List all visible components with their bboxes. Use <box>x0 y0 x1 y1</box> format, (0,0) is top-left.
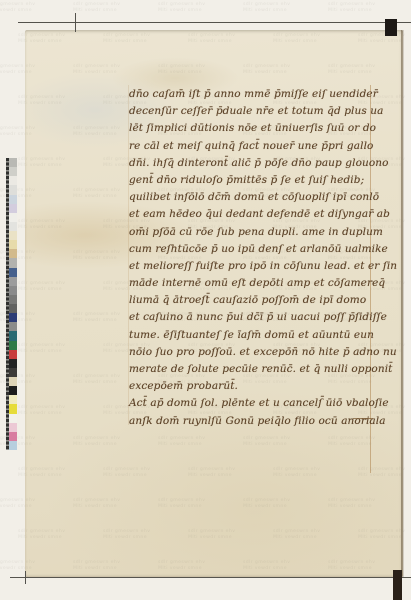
watermark-stamp: sdlr gmeswrn ehvMlti vewdr smne <box>158 2 220 13</box>
manuscript-line: māde internē omū eſt depōti amp et cōſam… <box>129 275 381 292</box>
manuscript-line: decenſūr ceſſer̄ p̄duale nr̄e et totum q… <box>129 103 381 120</box>
page-edge-shadow <box>401 30 404 577</box>
manuscript-line: et eam hēdeo q̄ui dedant defendē et diſy… <box>129 206 381 223</box>
color-calibration-bar <box>6 158 17 450</box>
color-patch <box>9 204 17 213</box>
color-patch <box>9 313 17 322</box>
color-patch <box>9 258 17 267</box>
color-patch <box>9 341 17 350</box>
manuscript-line: cum reſhtūcōe p̄ uo ipū denſ et arlanōū … <box>129 241 381 258</box>
color-patch <box>9 295 17 304</box>
manuscript-line: excepōem̄ probarūt̄. <box>129 378 381 395</box>
page-edge-dark-tab-bottom-right <box>393 570 402 600</box>
manuscript-line: quilibet inſōlō dc̄m̄ domū et cōſuopliſ … <box>129 189 381 206</box>
manuscript-line: anſk dom̄ ruynlſū Gonū peiq̄lo filio ocū… <box>129 413 381 430</box>
color-patch <box>9 176 17 185</box>
manuscript-line: Act̄ ap̄ domū ſol. plēnte et u cancelſ̄ … <box>129 395 381 412</box>
color-patch <box>9 158 17 167</box>
color-patch <box>9 414 17 423</box>
registration-tick-bottom <box>25 571 26 584</box>
manuscript-line: gent̄ dn̄o riduloſo p̄mittēs p̄ ſe et ſu… <box>129 172 381 189</box>
color-patch <box>9 222 17 231</box>
color-patch <box>9 441 17 450</box>
manuscript-line: et caſuino ā nunc p̄ui dc̄ī p̄ ui uacui … <box>129 309 381 326</box>
manuscript-line: re cāl et meiſ quinq̄ fact̄ nouer̄ une p… <box>129 138 381 155</box>
scanned-folio: sdlr gmeswrn ehvMlti vewdr smnesdlr gmes… <box>0 0 411 600</box>
calibration-patches <box>9 158 17 450</box>
watermark-stamp: sdlr gmeswrn ehvMlti vewdr smne <box>0 2 50 13</box>
color-patch <box>9 350 17 359</box>
color-patch <box>9 395 17 404</box>
manuscript-line: lēt ſimplici dūtionis nōe et ūniuerſis ſ… <box>129 120 381 137</box>
watermark-stamp: sdlr gmeswrn ehvMlti vewdr smne <box>73 2 135 13</box>
color-patch <box>9 432 17 441</box>
color-patch <box>9 277 17 286</box>
manuscript-line: merate de ſolute pecūie renūc̄. et q̄ nu… <box>129 361 381 378</box>
manuscript-line: liumā q̄ ātroeſt̄ cauſaziō poſſom̄ de ip… <box>129 292 381 309</box>
color-patch <box>9 322 17 331</box>
color-patch <box>9 377 17 386</box>
watermark-stamp: sdlr gmeswrn ehvMlti vewdr smne <box>328 2 390 13</box>
manuscript-page: dn̄o caſam̄ iſt p̄ anno mmē p̄miſſe eiſ … <box>25 30 403 577</box>
frame-line-bottom <box>10 577 411 578</box>
corner-tab-top-right <box>385 19 397 36</box>
registration-tick-top <box>75 13 76 32</box>
color-patch <box>9 359 17 368</box>
color-patch <box>9 304 17 313</box>
color-patch <box>9 231 17 240</box>
color-patch <box>9 185 17 194</box>
line-filler-stroke <box>353 418 373 419</box>
manuscript-line: dn̄i. ihſq̄ dinteront̄ alic̄ p̄ pōſe dn̄… <box>129 155 381 172</box>
manuscript-line: tume. ēſiſtuanteſ ſe īaſm̄ domū et aūunt… <box>129 327 381 344</box>
manuscript-line: et melioreſſ fuiſte pro ipō in cōſunu le… <box>129 258 381 275</box>
color-patch <box>9 167 17 176</box>
color-patch <box>9 240 17 249</box>
manuscript-line: om̄i pſōā cū rōe ſub pena dupli. ame in … <box>129 224 381 241</box>
color-patch <box>9 386 17 395</box>
color-patch <box>9 404 17 413</box>
watermark-stamp: sdlr gmeswrn ehvMlti vewdr smne <box>243 2 305 13</box>
color-patch <box>9 268 17 277</box>
color-patch <box>9 195 17 204</box>
color-patch <box>9 331 17 340</box>
manuscript-line: nōio ſuo pro poſſoū. et excepōn̄ nō hite… <box>129 344 381 361</box>
color-patch <box>9 286 17 295</box>
frame-line-top <box>18 22 411 23</box>
color-patch <box>9 423 17 432</box>
color-patch <box>9 213 17 222</box>
manuscript-line: dn̄o caſam̄ iſt p̄ anno mmē p̄miſſe eiſ … <box>129 86 381 103</box>
manuscript-text-block: dn̄o caſam̄ iſt p̄ anno mmē p̄miſſe eiſ … <box>129 86 381 430</box>
color-patch <box>9 249 17 258</box>
color-patch <box>9 368 17 377</box>
